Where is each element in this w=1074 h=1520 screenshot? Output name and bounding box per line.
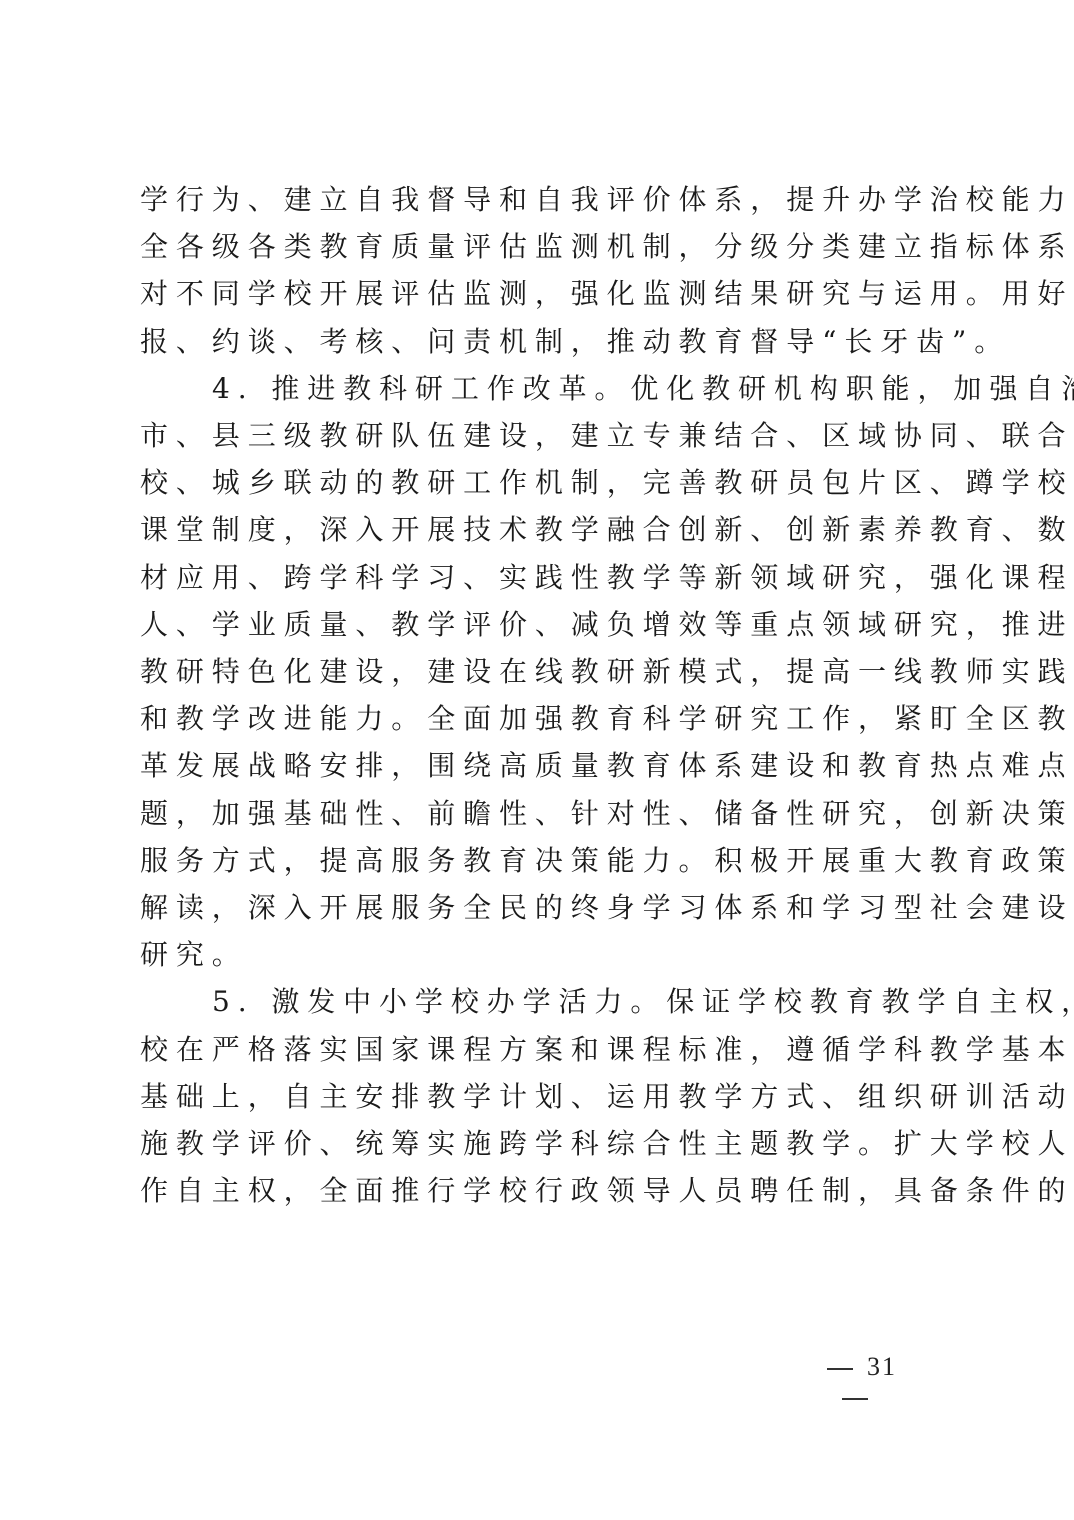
dash-left bbox=[827, 1368, 853, 1370]
text-line: 和教学改进能力。全面加强教育科学研究工作，紧盯全区教育改 bbox=[140, 695, 938, 742]
text-line: 题，加强基础性、前瞻性、针对性、储备性研究，创新决策咨询 bbox=[140, 790, 938, 837]
text-line: 市、县三级教研队伍建设，建立专兼结合、区域协同、联合高 bbox=[140, 412, 938, 459]
text-line: 材应用、跨学科学习、实践性教学等新领域研究，强化课程育 bbox=[140, 554, 938, 601]
text-line: 5. 激发中小学校办学活力。保证学校教育教学自主权，学 bbox=[140, 978, 938, 1025]
text-line: 研究。 bbox=[140, 931, 938, 978]
text-line: 人、学业质量、教学评价、减负增效等重点领域研究，推进校本 bbox=[140, 601, 938, 648]
text-line: 课堂制度，深入开展技术教学融合创新、创新素养教育、数字教 bbox=[140, 506, 938, 553]
text-line: 4. 推进教科研工作改革。优化教研机构职能，加强自治区、 bbox=[140, 365, 938, 412]
text-line: 施教学评价、统筹实施跨学科综合性主题教学。扩大学校人事工 bbox=[140, 1120, 938, 1167]
paragraph-continuation: 学行为、建立自我督导和自我评价体系，提升办学治校能力。健 全各级各类教育质量评估… bbox=[140, 176, 938, 365]
page-number: 31 bbox=[795, 1352, 915, 1412]
page-number-value: 31 bbox=[867, 1352, 897, 1381]
text-line: 革发展战略安排，围绕高质量教育体系建设和教育热点难点问 bbox=[140, 742, 938, 789]
text-line: 教研特色化建设，建设在线教研新模式，提高一线教师实践反思 bbox=[140, 648, 938, 695]
text-line: 校在严格落实国家课程方案和课程标准，遵循学科教学基本要求 bbox=[140, 1026, 938, 1073]
text-line: 全各级各类教育质量评估监测机制，分级分类建立指标体系，针 bbox=[140, 223, 938, 270]
text-line: 作自主权，全面推行学校行政领导人员聘任制，具备条件的学校 bbox=[140, 1167, 938, 1214]
text-line: 报、约谈、考核、问责机制，推动教育督导“长牙齿”。 bbox=[140, 318, 938, 365]
text-line: 对不同学校开展评估监测，强化监测结果研究与运用。用好通 bbox=[140, 270, 938, 317]
text-line: 服务方式，提高服务教育决策能力。积极开展重大教育政策阐释 bbox=[140, 837, 938, 884]
paragraph-item-5: 5. 激发中小学校办学活力。保证学校教育教学自主权，学 校在严格落实国家课程方案… bbox=[140, 978, 938, 1214]
text-line: 解读，深入开展服务全民的终身学习体系和学习型社会建设 bbox=[140, 884, 938, 931]
paragraph-item-4: 4. 推进教科研工作改革。优化教研机构职能，加强自治区、 市、县三级教研队伍建设… bbox=[140, 365, 938, 979]
text-line: 基础上，自主安排教学计划、运用教学方式、组织研训活动、实 bbox=[140, 1073, 938, 1120]
dash-right bbox=[842, 1398, 868, 1400]
text-line: 学行为、建立自我督导和自我评价体系，提升办学治校能力。健 bbox=[140, 176, 938, 223]
text-line: 校、城乡联动的教研工作机制，完善教研员包片区、蹲学校、下 bbox=[140, 459, 938, 506]
document-page: 学行为、建立自我督导和自我评价体系，提升办学治校能力。健 全各级各类教育质量评估… bbox=[140, 176, 938, 1214]
